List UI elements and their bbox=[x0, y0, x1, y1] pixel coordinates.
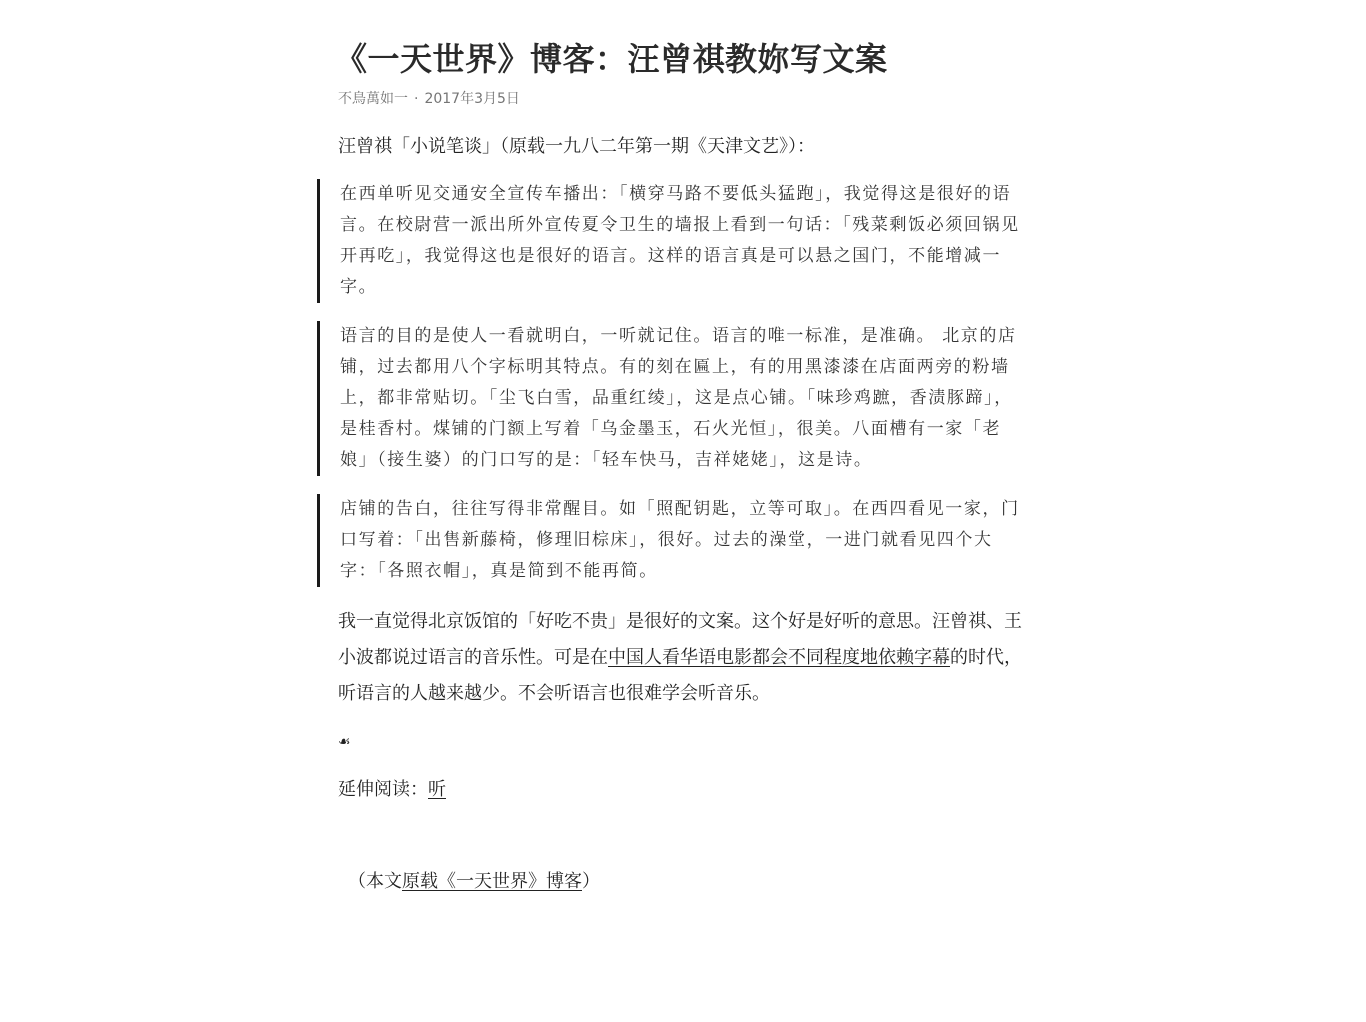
article-meta: 不鳥萬如一·2017年3月5日 bbox=[338, 89, 1028, 109]
intro-paragraph: 汪曾祺「小说笔谈」（原载一九八二年第一期《天津文艺》）： bbox=[338, 129, 1028, 165]
author-name[interactable]: 不鳥萬如一 bbox=[338, 91, 408, 107]
source-open: （本文 bbox=[348, 871, 402, 892]
publish-date: 2017年3月5日 bbox=[424, 91, 519, 107]
blockquote-3: 店铺的告白，往往写得非常醒目。如「照配钥匙，立等可取」。在西四看见一家，门口写着… bbox=[317, 494, 1028, 587]
further-reading-link[interactable]: 听 bbox=[428, 779, 446, 800]
further-reading: 延伸阅读：听 bbox=[338, 772, 1028, 808]
further-reading-label: 延伸阅读： bbox=[338, 779, 428, 800]
floral-ornament-icon: ☙ bbox=[338, 732, 1028, 752]
blockquote-2: 语言的目的是使人一看就明白，一听就记住。语言的唯一标准，是准确。 北京的店铺，过… bbox=[317, 321, 1028, 476]
subtitles-article-link[interactable]: 中国人看华语电影都会不同程度地依赖字幕 bbox=[608, 647, 950, 668]
source-blog-link[interactable]: 原载《一天世界》博客 bbox=[402, 871, 582, 892]
meta-separator: · bbox=[414, 91, 418, 107]
source-close: ） bbox=[582, 871, 600, 892]
body-paragraph: 我一直觉得北京饭馆的「好吃不贵」是很好的文案。这个好是好听的意思。汪曾祺、王小波… bbox=[338, 604, 1028, 712]
source-note: （本文原载《一天世界》博客） bbox=[338, 864, 1028, 900]
blockquote-1: 在西单听见交通安全宣传车播出：「横穿马路不要低头猛跑」，我觉得这是很好的语言。在… bbox=[317, 179, 1028, 303]
page-title: 《一天世界》博客：汪曾祺教妳写文案 bbox=[335, 36, 1028, 82]
article: 《一天世界》博客：汪曾祺教妳写文案 不鳥萬如一·2017年3月5日 汪曾祺「小说… bbox=[338, 36, 1028, 900]
